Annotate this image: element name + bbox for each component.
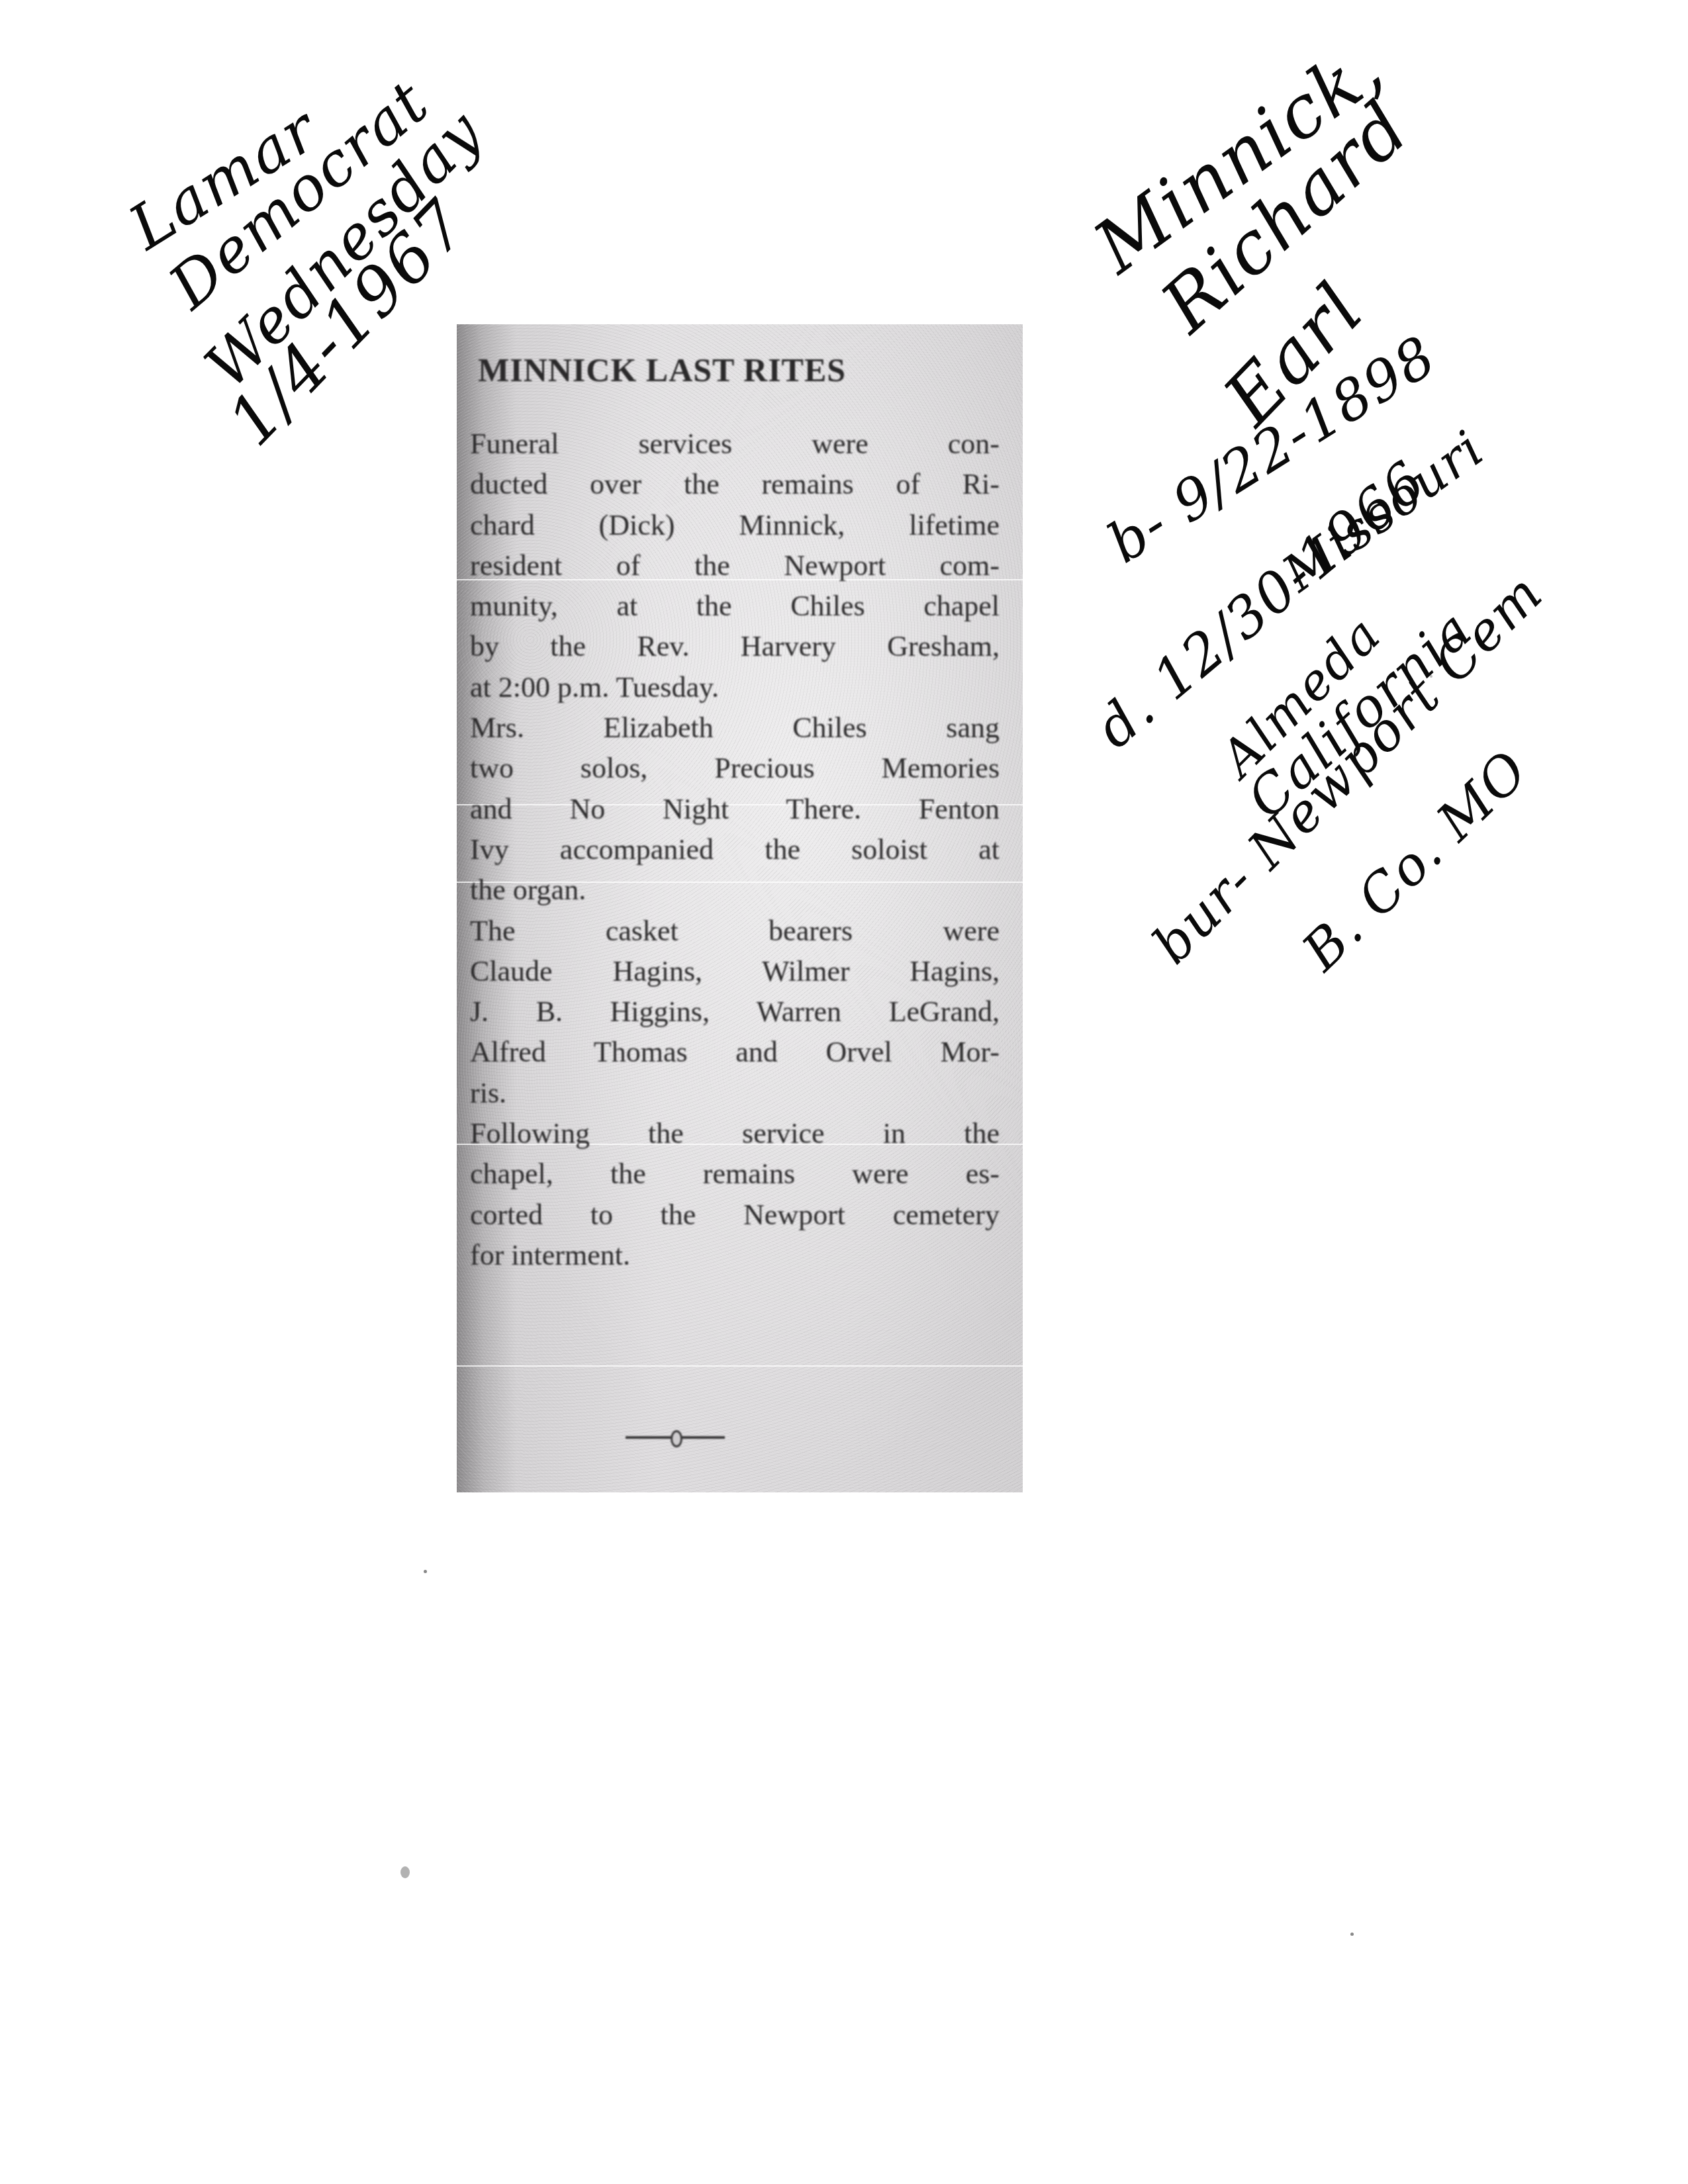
clipping-line: resident of the Newport com- (470, 545, 1000, 586)
fold-line (457, 1365, 1023, 1367)
clipping-line: at 2:00 p.m. Tuesday. (470, 667, 1000, 707)
end-of-article-dash (626, 1436, 725, 1439)
clipping-line: and No Night There. Fenton (470, 789, 1000, 829)
clipping-line: Claude Hagins, Wilmer Hagins, (470, 951, 1000, 991)
newspaper-clipping: MINNICK LAST RITES Funeral services were… (457, 324, 1023, 1492)
clipping-line: Alfred Thomas and Orvel Mor- (470, 1032, 1000, 1072)
clipping-line: Ivy accompanied the soloist at (470, 829, 1000, 870)
scan-speck (1350, 1933, 1354, 1936)
clipping-line: corted to the Newport cemetery (470, 1195, 1000, 1235)
clipping-line: Funeral services were con- (470, 424, 1000, 464)
clipping-line: the organ. (470, 870, 1000, 910)
clipping-line: Mrs. Elizabeth Chiles sang (470, 707, 1000, 748)
clipping-line: J. B. Higgins, Warren LeGrand, (470, 991, 1000, 1032)
clipping-line: ducted over the remains of Ri- (470, 464, 1000, 504)
clipping-line: The casket bearers were (470, 911, 1000, 951)
clipping-body: Funeral services were con- ducted over t… (470, 424, 1000, 1275)
clipping-headline: MINNICK LAST RITES (478, 351, 846, 389)
clipping-line: two solos, Precious Memories (470, 748, 1000, 788)
scan-speck (424, 1570, 427, 1573)
clipping-line: by the Rev. Harvery Gresham, (470, 626, 1000, 666)
scan-speck (400, 1866, 410, 1878)
clipping-line: chapel, the remains were es- (470, 1154, 1000, 1194)
clipping-line: ris. (470, 1073, 1000, 1113)
scan-speck (1430, 675, 1432, 678)
clipping-line: munity, at the Chiles chapel (470, 586, 1000, 626)
clipping-line: Following the service in the (470, 1113, 1000, 1154)
clipping-line: for interment. (470, 1235, 1000, 1275)
clipping-line: chard (Dick) Minnick, lifetime (470, 505, 1000, 545)
